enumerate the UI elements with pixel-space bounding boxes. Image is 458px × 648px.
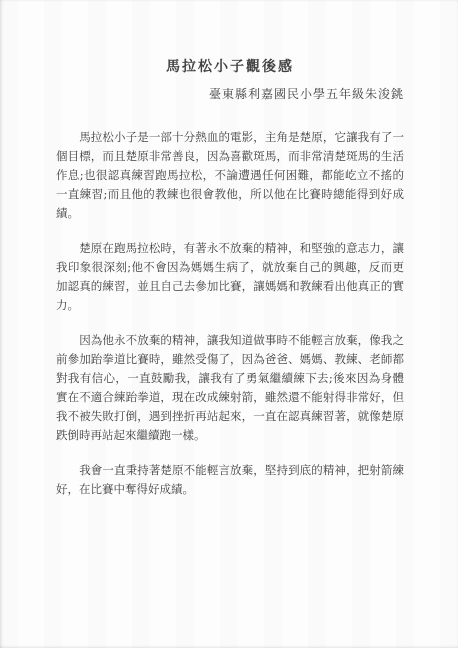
text-line: 績。 xyxy=(56,204,404,223)
text-line: 前參加跆拳道比賽時，雖然受傷了，因為爸爸、媽媽、教練、老師都 xyxy=(56,350,404,369)
text-line: 實在不適合練跆拳道，現在改成練射箭，雖然還不能射得非常好，但 xyxy=(56,388,404,407)
paragraph-2: 楚原在跑馬拉松時，有著永不放棄的精神，和堅強的意志力，讓 我印象很深刻;他不會因… xyxy=(56,239,404,315)
text-line: 加認真的練習，並且自己去參加比賽，讓媽媽和教練看出他真正的實 xyxy=(56,277,404,296)
text-line: 因為他永不放棄的精神，讓我知道做事時不能輕言放棄，像我之 xyxy=(56,331,404,350)
paragraph-4: 我會一直秉持著楚原不能輕言放棄，堅持到底的精神，把射箭練 好，在比賽中奪得好成績… xyxy=(56,461,404,499)
paragraph-3: 因為他永不放棄的精神，讓我知道做事時不能輕言放棄，像我之 前參加跆拳道比賽時，雖… xyxy=(56,331,404,445)
text-line: 力。 xyxy=(56,296,404,315)
text-line: 一直練習;而且他的教練也很會教他，所以他在比賽時總能得到好成 xyxy=(56,185,404,204)
text-line: 作息;也很認真練習跑馬拉松，不論遭遇任何困難，都能屹立不搖的 xyxy=(56,166,404,185)
text-line: 個目標，而且楚原非常善良，因為喜歡斑馬，而非常清楚斑馬的生活 xyxy=(56,147,404,166)
text-line: 我不被失敗打倒，遇到挫折再站起來，一直在認真練習著，就像楚原 xyxy=(56,407,404,426)
document-page: 馬拉松小子觀後感 臺東縣利嘉國民小學五年級朱浚銚 馬拉松小子是一部十分熱血的電影… xyxy=(0,0,458,648)
text-line: 我會一直秉持著楚原不能輕言放棄，堅持到底的精神，把射箭練 xyxy=(56,461,404,480)
text-line: 楚原在跑馬拉松時，有著永不放棄的精神，和堅強的意志力，讓 xyxy=(56,239,404,258)
author-byline: 臺東縣利嘉國民小學五年級朱浚銚 xyxy=(56,86,404,102)
text-line: 好，在比賽中奪得好成績。 xyxy=(56,480,404,499)
document-body: 馬拉松小子是一部十分熱血的電影，主角是楚原，它讓我有了一 個目標，而且楚原非常善… xyxy=(56,128,404,499)
text-line: 對我有信心，一直鼓勵我，讓我有了勇氣繼續練下去;後來因為身體 xyxy=(56,369,404,388)
text-line: 我印象很深刻;他不會因為媽媽生病了，就放棄自己的興趣，反而更 xyxy=(56,258,404,277)
text-line: 馬拉松小子是一部十分熱血的電影，主角是楚原，它讓我有了一 xyxy=(56,128,404,147)
document-title: 馬拉松小子觀後感 xyxy=(56,58,404,76)
text-line: 跌倒時再站起來繼續跑一樣。 xyxy=(56,426,404,445)
paragraph-1: 馬拉松小子是一部十分熱血的電影，主角是楚原，它讓我有了一 個目標，而且楚原非常善… xyxy=(56,128,404,223)
